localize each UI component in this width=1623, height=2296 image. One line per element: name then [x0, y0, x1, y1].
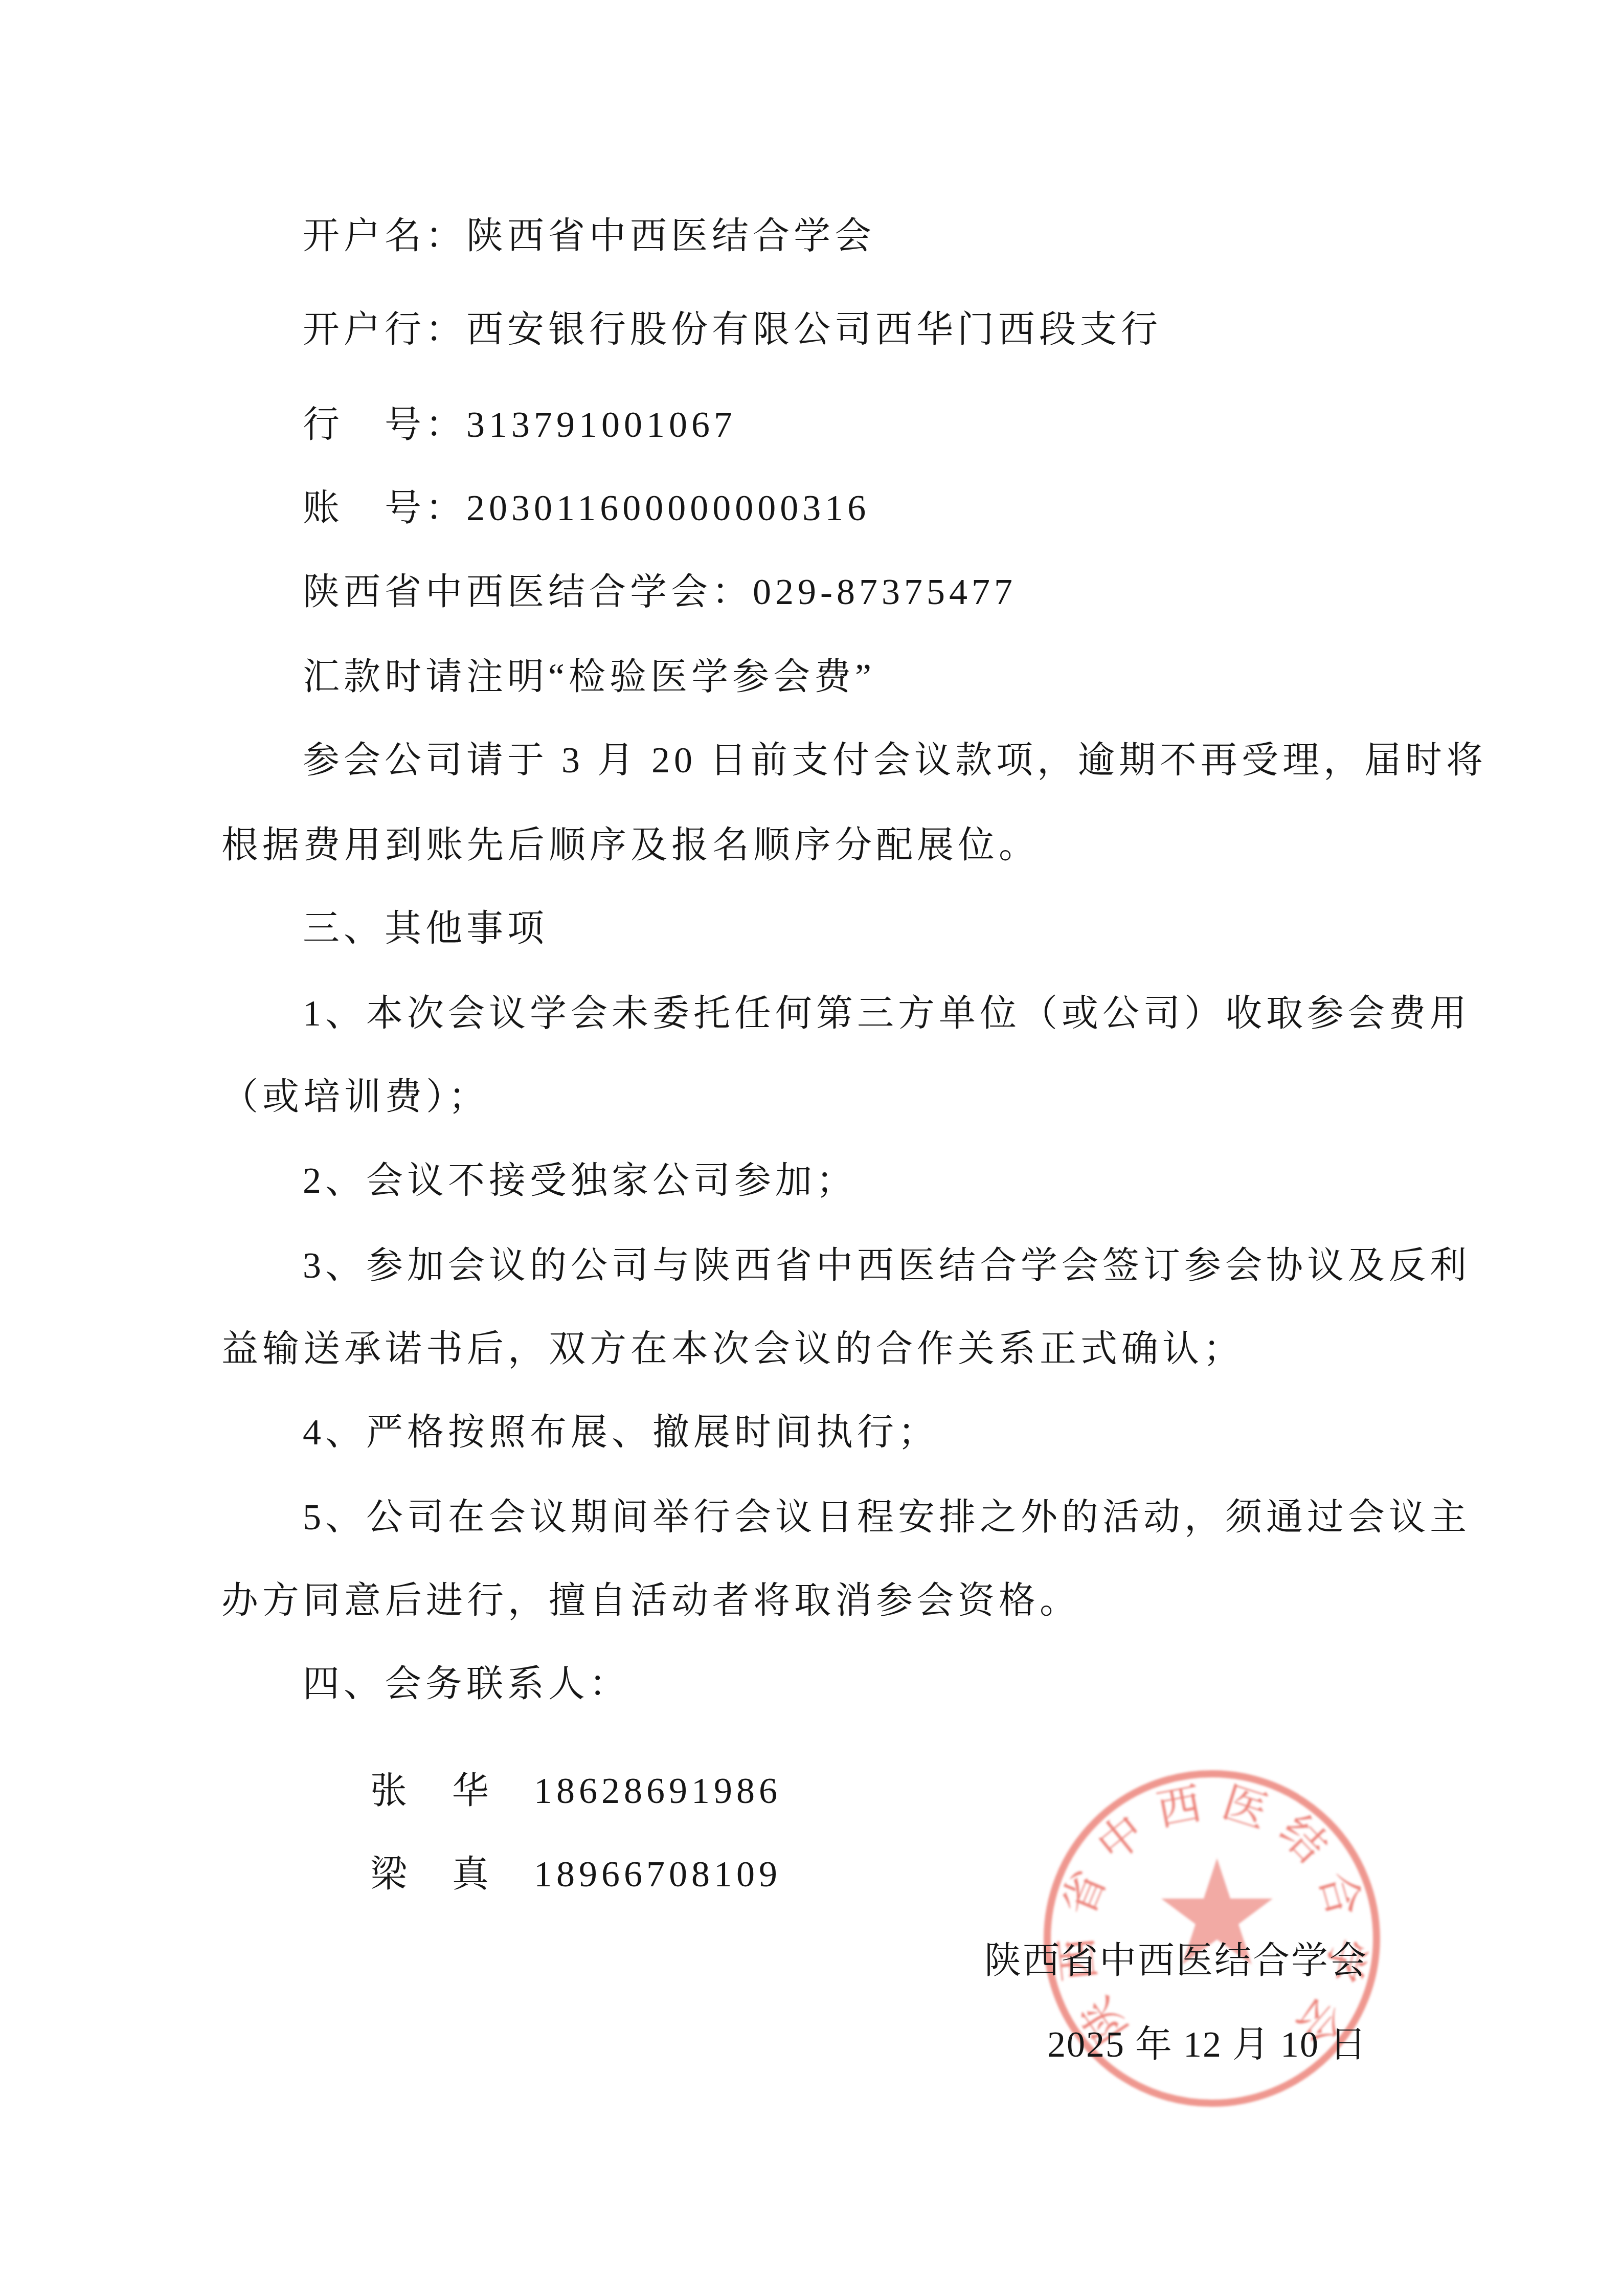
deadline-paragraph-line2: 根据费用到账先后顺序及报名顺序分配展位。 — [221, 824, 1040, 865]
section-three-heading: 三、其他事项 — [303, 908, 548, 949]
bank-number-line: 行 号：313791001067 — [303, 404, 736, 445]
item3-line2: 益输送承诺书后，双方在本次会议的合作关系正式确认； — [221, 1328, 1244, 1369]
bank-branch-line: 开户行：西安银行股份有限公司西华门西段支行 — [303, 309, 1162, 350]
society-phone-line: 陕西省中西医结合学会：029-87375477 — [303, 571, 1017, 612]
signature-date: 2025 年 12 月 10 日 — [1047, 2024, 1367, 2065]
item4-line: 4、严格按照布展、撤展时间执行； — [303, 1412, 939, 1453]
document-page: 陕西省中西医结合学会 开户名：陕西省中西医结合学会 开户行：西安银行股份有限公司… — [0, 0, 1623, 2296]
deadline-paragraph-line1: 参会公司请于 3 月 20 日前支付会议款项，逾期不再受理，届时将 — [303, 740, 1487, 781]
account-number-line: 账 号：203011600000000316 — [303, 487, 870, 528]
contact-line: 张 华 18628691986 — [370, 1770, 781, 1811]
item5-line1: 5、公司在会议期间举行会议日程安排之外的活动，须通过会议主 — [303, 1497, 1471, 1537]
bank-account-name-line: 开户名：陕西省中西医结合学会 — [303, 215, 875, 256]
item1-line1: 1、本次会议学会未委托任何第三方单位（或公司）收取参会费用 — [303, 993, 1471, 1034]
section-four-heading: 四、会务联系人： — [303, 1663, 630, 1704]
signature-organization: 陕西省中西医结合学会 — [984, 1940, 1368, 1981]
remittance-note-line: 汇款时请注明“检验医学参会费” — [303, 656, 875, 697]
item1-line2: （或培训费）； — [221, 1076, 489, 1117]
contact-line: 梁 真 18966708109 — [370, 1854, 781, 1894]
item5-line2: 办方同意后进行，擅自活动者将取消参会资格。 — [221, 1580, 1080, 1621]
item3-line1: 3、参加会议的公司与陕西省中西医结合学会签订参会协议及反利 — [303, 1245, 1471, 1286]
item2-line: 2、会议不接受独家公司参加； — [303, 1160, 857, 1201]
